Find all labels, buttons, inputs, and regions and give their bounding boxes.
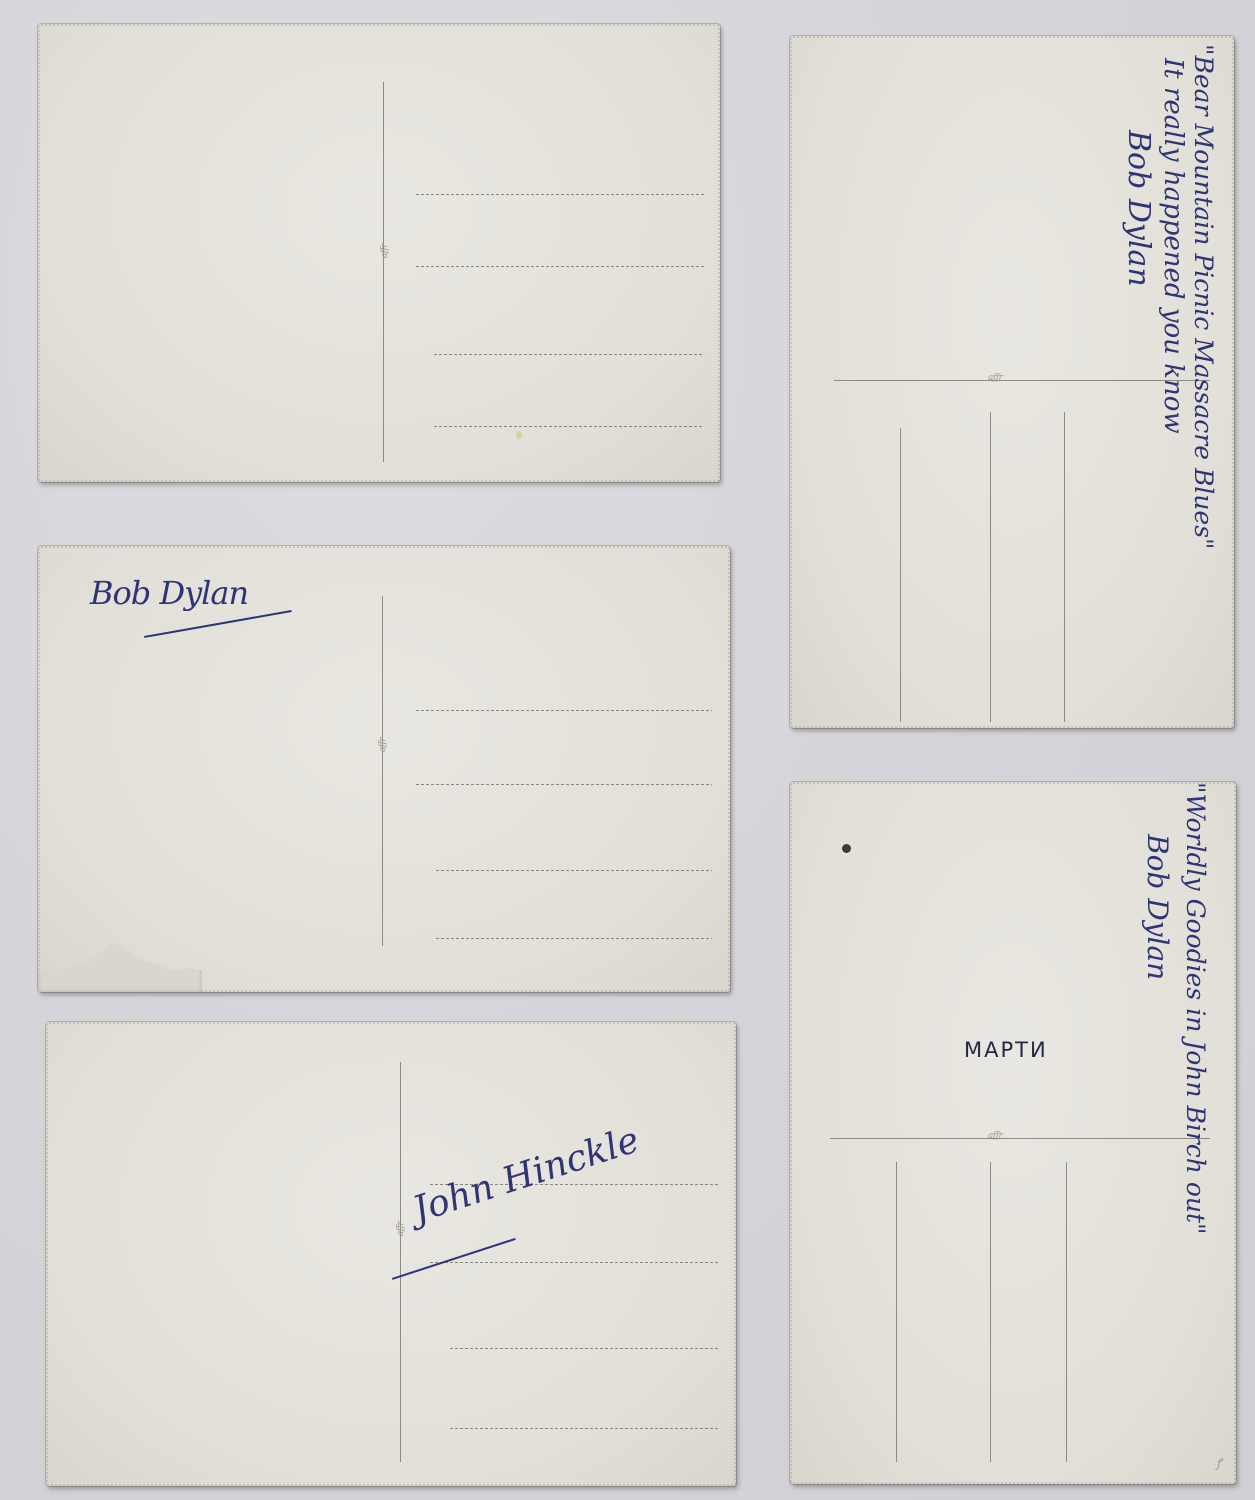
signature-john-hinckle: John Hinckle [408,1119,644,1231]
inscription-line-1: "Worldly Goodies in John Birch out" [1181,782,1210,1235]
address-line [1066,1162,1067,1462]
address-line [436,870,712,871]
divider-line [830,1138,1210,1139]
torn-corner [38,938,202,992]
signature-bob-dylan: Bob Dylan [90,574,248,612]
signature-underline [144,610,292,638]
postcard-middle-left: affr Bob Dylan [38,546,730,992]
address-line [434,426,704,427]
postcard-mark: affr [396,1222,406,1236]
address-line [900,428,901,722]
signature-bob-dylan: Bob Dylan [1141,834,1174,980]
divider-line [382,596,383,946]
address-line [416,266,704,267]
divider-line [383,82,384,462]
postcard-mark: affr [378,738,388,752]
postcard-bottom-right: affr МАРТИ "Worldly Goodies in John Birc… [790,782,1236,1484]
corner-mark: ꝭ [1216,1454,1221,1471]
postcard-top-left: affr [38,24,720,482]
address-line [430,1262,720,1263]
stain [516,431,522,439]
address-line [990,1162,991,1462]
postcard-mark: affr [988,373,1002,383]
postcard-bottom-left: affr John Hinckle [46,1022,736,1486]
address-line [416,194,704,195]
address-line [416,784,712,785]
inscription-line-1: "Bear Mountain Picnic Massacre Blues" [1189,44,1218,550]
postcard-mark: affr [988,1131,1002,1141]
postcard-top-right: affr "Bear Mountain Picnic Massacre Blue… [790,36,1234,728]
address-line [434,354,704,355]
address-line [450,1348,720,1349]
signature-underline [392,1238,516,1280]
address-line [436,938,712,939]
divider-line [834,380,1210,381]
ink-spot [842,844,851,853]
address-line [990,412,991,722]
signature-bob-dylan: Bob Dylan [1121,130,1156,287]
address-line [450,1428,720,1429]
address-line [1064,412,1065,722]
address-line [896,1162,897,1462]
address-line [416,710,712,711]
inscription-line-2: It really happened you know [1158,58,1188,434]
label-marti: МАРТИ [964,1038,1048,1062]
postcard-mark: affr [380,244,390,258]
divider-line [400,1062,401,1462]
